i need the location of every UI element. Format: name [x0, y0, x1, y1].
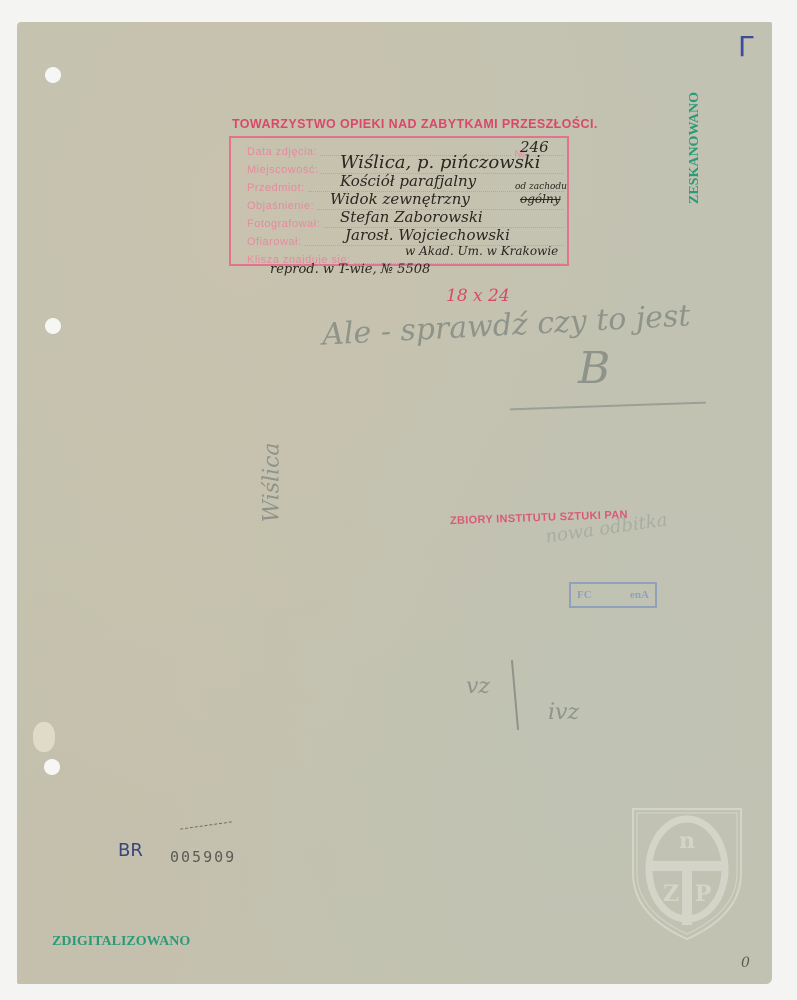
- page-mark: 0: [741, 955, 750, 971]
- zeskanowano-stamp: ZESKANOWANO: [687, 73, 703, 223]
- inventory-number: 005909: [170, 848, 236, 866]
- size-note: 18 x 24: [446, 286, 510, 306]
- paper-stain: [33, 722, 55, 752]
- fotografowal-value: Stefan Zaborowski: [340, 208, 483, 226]
- society-stamp-title: TOWARZYSTWO OPIEKI NAD ZABYTKAMI PRZESZŁ…: [232, 117, 598, 131]
- corner-mark: Г: [738, 30, 755, 63]
- inventory-prefix: BR: [118, 840, 143, 861]
- reprod-note: reprod. w T-wie, № 5508: [270, 262, 430, 277]
- ntzp-logo-watermark-icon: n Z P: [627, 803, 747, 943]
- punch-hole: [44, 759, 60, 775]
- przedmiot-value: Kościół parafjalny: [340, 172, 476, 190]
- punch-hole: [45, 318, 61, 334]
- pencil-vz-right: ivz: [548, 700, 579, 725]
- klisza-value: w Akad. Um. w Krakowie: [405, 244, 558, 258]
- pencil-letter-b: B: [578, 343, 610, 394]
- miejscowosc-value: Wiślica, p. pińczowski: [340, 152, 541, 173]
- objasnienie-correction: od zachodu: [515, 182, 567, 192]
- svg-text:n: n: [679, 828, 695, 854]
- punch-hole: [45, 67, 61, 83]
- svg-text:Z: Z: [663, 881, 679, 907]
- objasnienie-value: Widok zewnętrzny: [330, 190, 470, 208]
- zdigitalizowano-stamp: ZDIGITALIZOWANO: [52, 934, 190, 950]
- vertical-pencil-wislica: Wiślica: [260, 442, 285, 522]
- fotografia-stamp: FC enA: [569, 582, 657, 608]
- objasnienie-struck: ogólny: [520, 192, 560, 206]
- svg-text:P: P: [695, 881, 712, 907]
- ofiarowal-value: Jarosł. Wojciechowski: [345, 226, 510, 244]
- pencil-vz-left: vz: [466, 674, 490, 699]
